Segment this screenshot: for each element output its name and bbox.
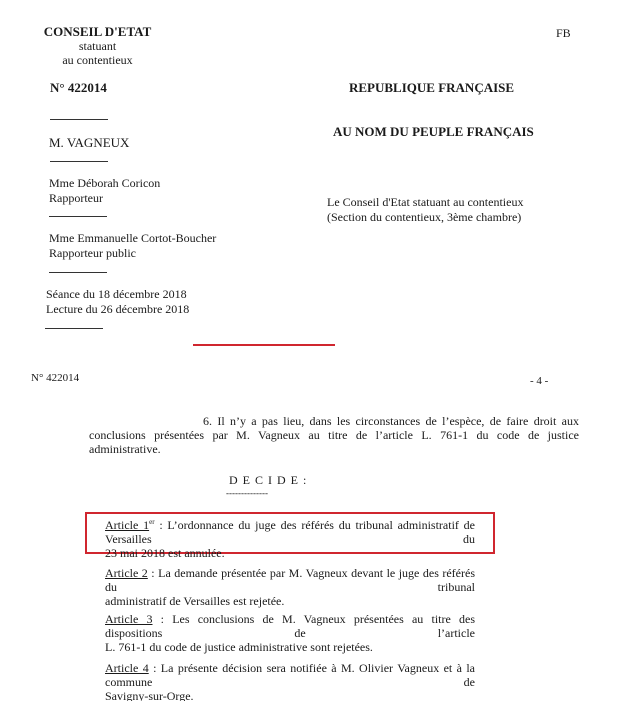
- decide-rule: --------------: [226, 488, 268, 498]
- article-3-line-2: L. 761-1 du code de justice administrati…: [105, 640, 475, 654]
- paragraph-6-line-1: 6. Il n’y a pas lieu, dans les circonsta…: [89, 414, 579, 428]
- court-subtitle-1: statuant: [40, 39, 155, 54]
- initials: FB: [556, 26, 571, 41]
- article-1-line-1: : L’ordonnance du juge des référés du tr…: [105, 518, 475, 546]
- court-title: CONSEIL D'ETAT: [40, 24, 155, 40]
- article-2-line-2: administratif de Versailles est rejetée.: [105, 594, 475, 608]
- divider: [45, 328, 103, 329]
- court-subtitle-2: au contentieux: [40, 53, 155, 68]
- article-4-line-1: : La présente décision sera notifiée à M…: [105, 661, 475, 689]
- article-4-label: Article 4: [105, 661, 149, 675]
- article-4-line-2: Savigny-sur-Orge.: [105, 689, 475, 701]
- article-2: Article 2 : La demande présentée par M. …: [105, 566, 475, 608]
- divider: [49, 272, 107, 273]
- article-2-line-1: : La demande présentée par M. Vagneux de…: [105, 566, 475, 594]
- seance-date: Séance du 18 décembre 2018: [46, 287, 187, 302]
- paragraph-6: 6. Il n’y a pas lieu, dans les circonsta…: [89, 414, 579, 456]
- divider: [50, 161, 108, 162]
- paragraph-6-line-3: administrative.: [89, 442, 579, 456]
- article-1-label: Article 1: [105, 518, 149, 532]
- case-number: N° 422014: [50, 80, 107, 96]
- republic-heading: REPUBLIQUE FRANÇAISE: [349, 80, 514, 96]
- party-name: M. VAGNEUX: [49, 135, 129, 151]
- article-4: Article 4 : La présente décision sera no…: [105, 661, 475, 701]
- divider: [50, 119, 108, 120]
- article-3-line-1: : Les conclusions de M. Vagneux présenté…: [105, 612, 475, 640]
- paragraph-6-line-2: conclusions présentées par M. Vagneux au…: [89, 428, 579, 442]
- rapporteur-public-name: Mme Emmanuelle Cortot-Boucher: [49, 231, 216, 246]
- rapporteur-role: Rapporteur: [49, 191, 103, 206]
- formation-line-2: (Section du contentieux, 3ème chambre): [327, 210, 521, 225]
- people-heading: AU NOM DU PEUPLE FRANÇAIS: [333, 124, 534, 140]
- decide-heading: D E C I D E :: [229, 473, 307, 488]
- article-3: Article 3 : Les conclusions de M. Vagneu…: [105, 612, 475, 654]
- divider: [49, 216, 107, 217]
- rapporteur-name: Mme Déborah Coricon: [49, 176, 160, 191]
- page-case-number: N° 422014: [31, 372, 79, 384]
- article-2-label: Article 2: [105, 566, 148, 580]
- article-1-line-2: 23 mai 2018 est annulée.: [105, 546, 475, 560]
- article-1: Article 1er : L’ordonnance du juge des r…: [105, 518, 475, 560]
- excerpt-separator: [193, 344, 335, 346]
- page-number: - 4 -: [530, 375, 548, 387]
- formation-line-1: Le Conseil d'Etat statuant au contentieu…: [327, 195, 523, 210]
- lecture-date: Lecture du 26 décembre 2018: [46, 302, 189, 317]
- rapporteur-public-role: Rapporteur public: [49, 246, 136, 261]
- article-3-label: Article 3: [105, 612, 153, 626]
